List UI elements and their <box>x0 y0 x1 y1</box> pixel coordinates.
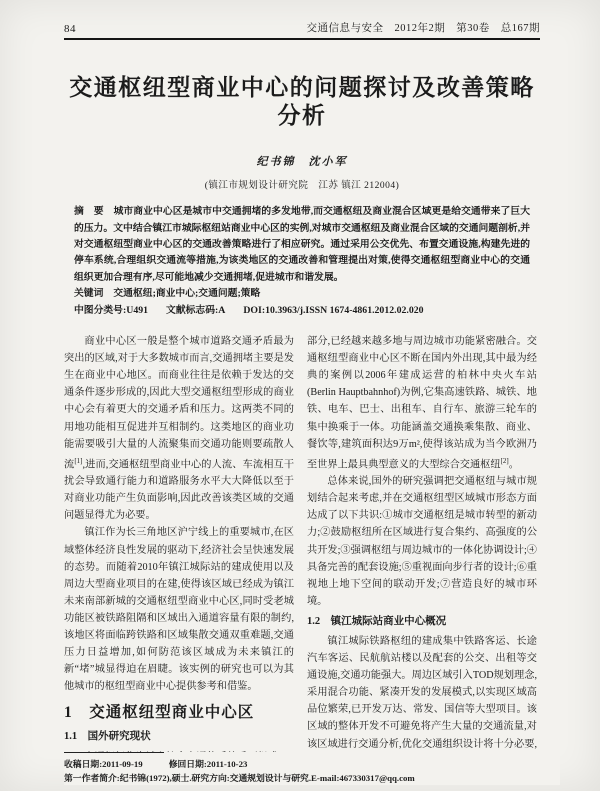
paper-page: 84 交通信息与安全 2012年2期 第30卷 总167期 交通枢纽型商业中心的… <box>0 0 600 791</box>
paragraph-text: ,进而,交通枢纽型商业中心的人流、车流相互干扰会导致通行能力和道路服务水平大大降… <box>64 459 294 521</box>
body-columns: 商业中心区一般是整个城市道路交通矛盾最为突出的区域,对于大多数城市而言,交通拥堵… <box>64 333 540 785</box>
affiliation: (镇江市规划设计研究院 江苏 镇江 212004) <box>64 177 540 191</box>
paragraph: 商业中心区一般是整个城市道路交通矛盾最为突出的区域,对于大多数城市而言,交通拥堵… <box>64 333 294 524</box>
paragraph-text: 。 <box>509 459 519 470</box>
paragraph-text: 部分,已经越来越多地与周边城市功能紧密融合。交通枢纽型商业中心区不断在国内外出现… <box>307 336 537 470</box>
footnote-dates: 收稿日期:2011-09-19修回日期:2011-10-23 <box>64 757 560 771</box>
abstract: 摘 要城市商业中心区是城市中交通拥堵的多发地带,而交通枢纽及商业混合区域更是给交… <box>74 204 530 286</box>
paragraph: 部分,已经越来越多地与周边城市功能紧密融合。交通枢纽型商业中心区不断在国内外出现… <box>307 333 537 473</box>
citation-ref: [1] <box>74 457 82 465</box>
revised-date: 修回日期:2011-10-23 <box>169 759 248 769</box>
paragraph: 总体来说,国外的研究强调把交通枢纽与城市规划结合起来考虑,并在交通枢纽型区域城市… <box>307 473 537 610</box>
page-number: 84 <box>64 23 76 35</box>
abstract-label: 摘 要 <box>74 206 104 217</box>
paragraph-text: 商业中心区一般是整个城市道路交通矛盾最为突出的区域,对于大多数城市而言,交通拥堵… <box>64 336 294 470</box>
authors: 纪书锦 沈小军 <box>64 153 540 169</box>
page-header: 84 交通信息与安全 2012年2期 第30卷 总167期 <box>64 20 540 35</box>
received-date: 收稿日期:2011-09-19 <box>64 759 143 769</box>
left-column: 商业中心区一般是整个城市道路交通矛盾最为突出的区域,对于大多数城市而言,交通拥堵… <box>64 333 294 785</box>
paper-title: 交通枢纽型商业中心的问题探讨及改善策略分析 <box>64 74 540 129</box>
author-bio: 第一作者简介:纪书锦(1972),硕士.研究方向:交通规划设计与研究.E-mai… <box>64 771 560 785</box>
footnote-rule <box>64 752 164 753</box>
paragraph: 镇江作为长三角地区沪宁线上的重要城市,在区域整体经济良性发展的驱动下,经济社会呈… <box>64 524 294 695</box>
document-code: 文献标志码:A <box>166 303 225 319</box>
header-rule <box>64 38 540 40</box>
keywords: 关键词交通枢纽;商业中心;交通问题;策略 <box>74 286 530 302</box>
keywords-label: 关键词 <box>74 288 103 299</box>
citation-ref: [2] <box>501 457 509 465</box>
journal-header-line: 交通信息与安全 2012年2期 第30卷 总167期 <box>307 20 541 35</box>
footnote: 收稿日期:2011-09-19修回日期:2011-10-23 第一作者简介:纪书… <box>64 752 560 785</box>
doi: DOI:10.3963/j.ISSN 1674-4861.2012.02.020 <box>243 303 423 319</box>
clc-number: 中图分类号:U491 <box>74 303 148 319</box>
section-1-1-heading: 1.1 国外研究现状 <box>64 728 294 745</box>
section-1-2-heading: 1.2 镇江城际站商业中心概况 <box>307 613 537 630</box>
section-1-heading: 1 交通枢纽型商业中心区 <box>64 704 294 721</box>
abstract-text: 城市商业中心区是城市中交通拥堵的多发地带,而交通枢纽及商业混合区域更是给交通带来… <box>74 206 530 283</box>
paragraph: 镇江城际铁路枢纽的建成集中铁路客运、长途汽车客运、民航航站楼以及配套的公交、出租… <box>307 633 537 770</box>
keywords-text: 交通枢纽;商业中心;交通问题;策略 <box>113 288 260 299</box>
right-column: 部分,已经越来越多地与周边城市功能紧密融合。交通枢纽型商业中心区不断在国内外出现… <box>307 333 537 785</box>
article-meta: 中图分类号:U491 文献标志码:A DOI:10.3963/j.ISSN 16… <box>74 303 530 319</box>
